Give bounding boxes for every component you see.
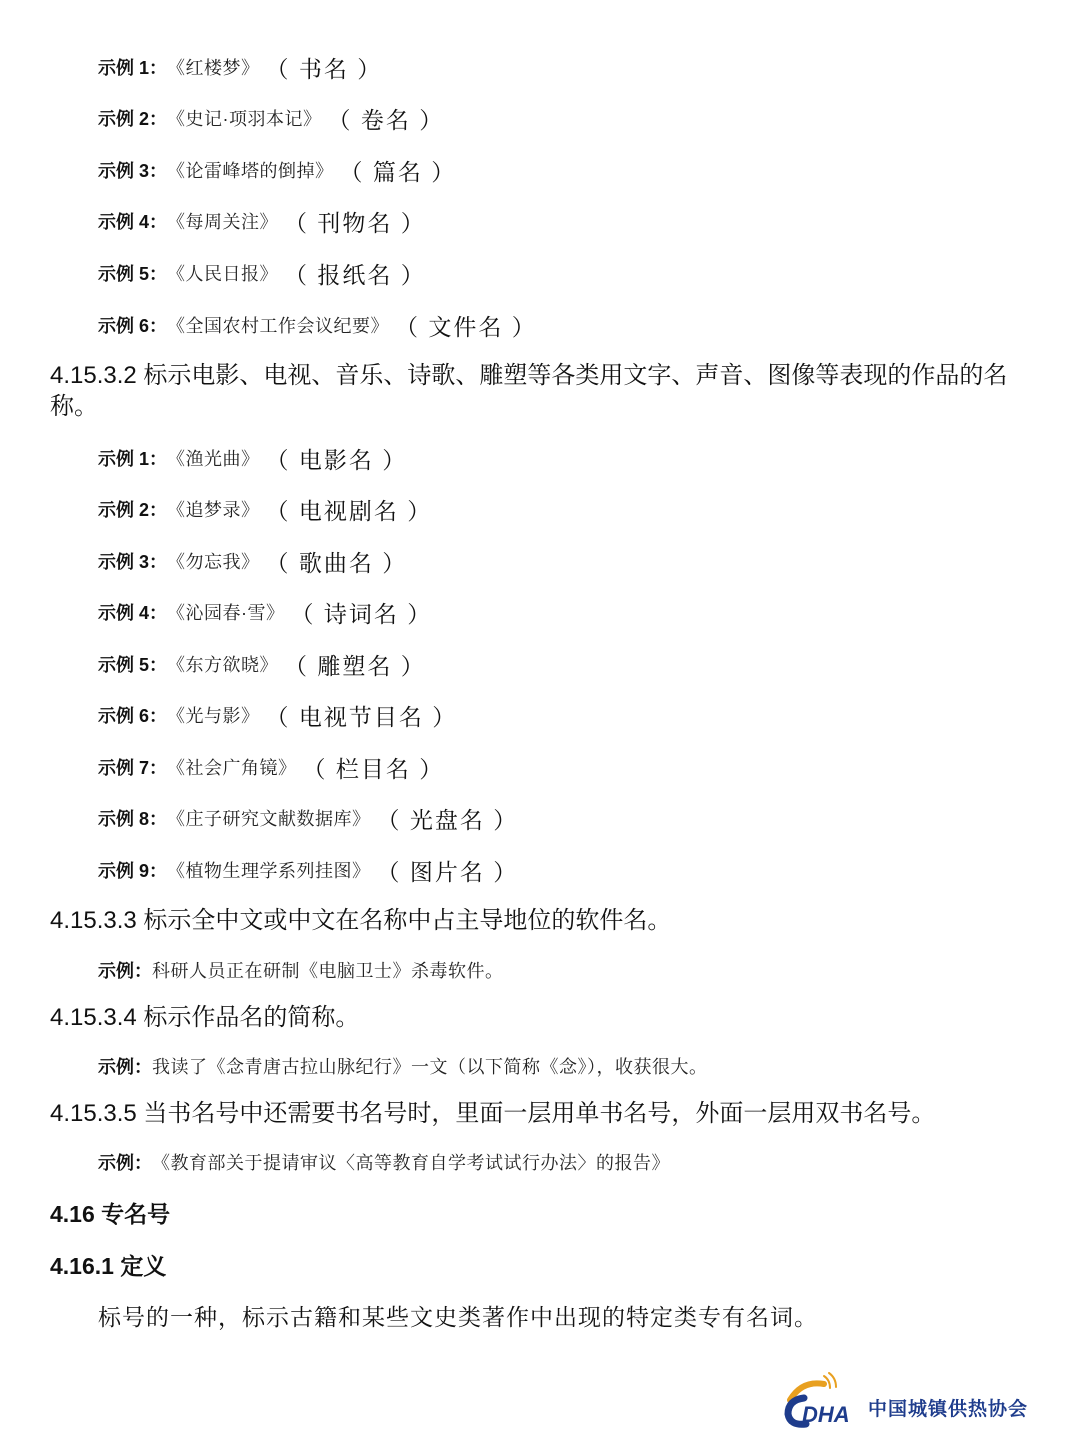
example-title: 《全国农村工作会议纪要》 — [167, 312, 389, 338]
example-kind: （ 图片名 ） — [377, 854, 519, 887]
example-title: 《庄子研究文献数据库》 — [167, 805, 371, 831]
example-row: 示例 6： 《光与影》 （ 电视节目名 ） — [98, 700, 457, 730]
example-text: 《教育部关于提请审议〈高等教育自学考试试行办法〉的报告》 — [152, 1149, 670, 1175]
example-label: 示例 7： — [98, 754, 167, 780]
example-row: 示例： 《教育部关于提请审议〈高等教育自学考试试行办法〉的报告》 — [98, 1147, 670, 1177]
example-title: 《沁园春·雪》 — [167, 599, 285, 625]
example-label: 示例 2： — [98, 496, 167, 522]
example-row: 示例： 我读了《念青唐古拉山脉纪行》一文（以下简称《念》），收获很大。 — [98, 1051, 708, 1081]
example-title: 《红楼梦》 — [167, 54, 260, 80]
example-kind: （ 电影名 ） — [266, 442, 408, 475]
example-row: 示例 5： 《东方欲晓》 （ 雕塑名 ） — [98, 649, 426, 679]
svg-text:DHA: DHA — [802, 1402, 850, 1427]
cdha-logo: DHA 中国城镇供热协会 — [780, 1370, 1060, 1430]
example-label: 示例 1： — [98, 54, 167, 80]
example-title: 《植物生理学系列挂图》 — [167, 857, 371, 883]
example-row: 示例 4： 《沁园春·雪》 （ 诗词名 ） — [98, 597, 432, 627]
example-title: 《光与影》 — [167, 702, 260, 728]
example-kind: （ 电视剧名 ） — [266, 493, 433, 526]
clause-heading-4-15-3-2: 4.15.3.2 标示电影、电视、音乐、诗歌、雕塑等各类用文字、声音、图像等表现… — [50, 360, 1040, 422]
example-label: 示例 6： — [98, 312, 167, 338]
example-title: 《追梦录》 — [167, 496, 260, 522]
example-row: 示例 4： 《每周关注》 （ 刊物名 ） — [98, 206, 426, 236]
example-label: 示例 5： — [98, 651, 167, 677]
example-title: 《人民日报》 — [167, 260, 278, 286]
example-label: 示例 3： — [98, 157, 167, 183]
example-title: 《东方欲晓》 — [167, 651, 278, 677]
org-name: 中国城镇供热协会 — [868, 1394, 1028, 1421]
example-label: 示例 2： — [98, 105, 167, 131]
example-label: 示例 6： — [98, 702, 167, 728]
example-kind: （ 电视节目名 ） — [266, 699, 458, 732]
example-row: 示例 2： 《追梦录》 （ 电视剧名 ） — [98, 494, 432, 524]
example-label: 示例 8： — [98, 805, 167, 831]
example-kind: （ 刊物名 ） — [284, 205, 426, 238]
section-heading-4-16: 4.16 专名号 — [50, 1196, 170, 1229]
example-title: 《渔光曲》 — [167, 445, 260, 471]
example-row: 示例 3： 《论雷峰塔的倒掉》 （ 篇名 ） — [98, 155, 456, 185]
example-label: 示例 1： — [98, 445, 167, 471]
example-label: 示例： — [98, 957, 152, 983]
example-row: 示例： 科研人员正在研制《电脑卫士》杀毒软件。 — [98, 955, 504, 985]
example-row: 示例 1： 《红楼梦》 （ 书名 ） — [98, 52, 382, 82]
example-kind: （ 光盘名 ） — [377, 802, 519, 835]
cdha-emblem-icon: DHA — [780, 1370, 870, 1430]
example-kind: （ 书名 ） — [266, 51, 383, 84]
clause-heading-4-15-3-5: 4.15.3.5 当书名号中还需要书名号时，里面一层用单书名号，外面一层用双书名… — [50, 1098, 1040, 1129]
example-label: 示例 4： — [98, 599, 167, 625]
example-row: 示例 1： 《渔光曲》 （ 电影名 ） — [98, 443, 407, 473]
example-kind: （ 歌曲名 ） — [266, 545, 408, 578]
definition-paragraph: 标号的一种，标示古籍和某些文史类著作中出现的特定类专有名词。 — [98, 1299, 818, 1332]
example-label: 示例 5： — [98, 260, 167, 286]
example-kind: （ 诗词名 ） — [291, 596, 433, 629]
example-row: 示例 9： 《植物生理学系列挂图》 （ 图片名 ） — [98, 855, 518, 885]
example-row: 示例 5： 《人民日报》 （ 报纸名 ） — [98, 258, 426, 288]
example-kind: （ 报纸名 ） — [284, 257, 426, 290]
example-title: 《史记·项羽本记》 — [167, 105, 322, 131]
example-label: 示例 9： — [98, 857, 167, 883]
example-row: 示例 2： 《史记·项羽本记》 （ 卷名 ） — [98, 103, 444, 133]
example-kind: （ 雕塑名 ） — [284, 648, 426, 681]
example-row: 示例 6： 《全国农村工作会议纪要》 （ 文件名 ） — [98, 310, 537, 340]
example-text: 科研人员正在研制《电脑卫士》杀毒软件。 — [152, 957, 504, 983]
example-title: 《论雷峰塔的倒掉》 — [167, 157, 334, 183]
example-kind: （ 栏目名 ） — [303, 751, 445, 784]
example-kind: （ 篇名 ） — [340, 154, 457, 187]
example-row: 示例 8： 《庄子研究文献数据库》 （ 光盘名 ） — [98, 803, 518, 833]
example-title: 《社会广角镜》 — [167, 754, 297, 780]
example-text: 我读了《念青唐古拉山脉纪行》一文（以下简称《念》），收获很大。 — [152, 1053, 708, 1079]
example-label: 示例 3： — [98, 548, 167, 574]
example-label: 示例 4： — [98, 208, 167, 234]
example-row: 示例 7： 《社会广角镜》 （ 栏目名 ） — [98, 752, 444, 782]
example-title: 《每周关注》 — [167, 208, 278, 234]
example-label: 示例： — [98, 1053, 152, 1079]
example-row: 示例 3： 《勿忘我》 （ 歌曲名 ） — [98, 546, 407, 576]
example-kind: （ 卷名 ） — [328, 102, 445, 135]
clause-heading-4-15-3-4: 4.15.3.4 标示作品名的简称。 — [50, 1002, 1040, 1033]
section-heading-4-16-1: 4.16.1 定义 — [50, 1248, 166, 1281]
example-kind: （ 文件名 ） — [395, 309, 537, 342]
example-title: 《勿忘我》 — [167, 548, 260, 574]
clause-heading-4-15-3-3: 4.15.3.3 标示全中文或中文在名称中占主导地位的软件名。 — [50, 905, 1040, 936]
example-label: 示例： — [98, 1149, 152, 1175]
